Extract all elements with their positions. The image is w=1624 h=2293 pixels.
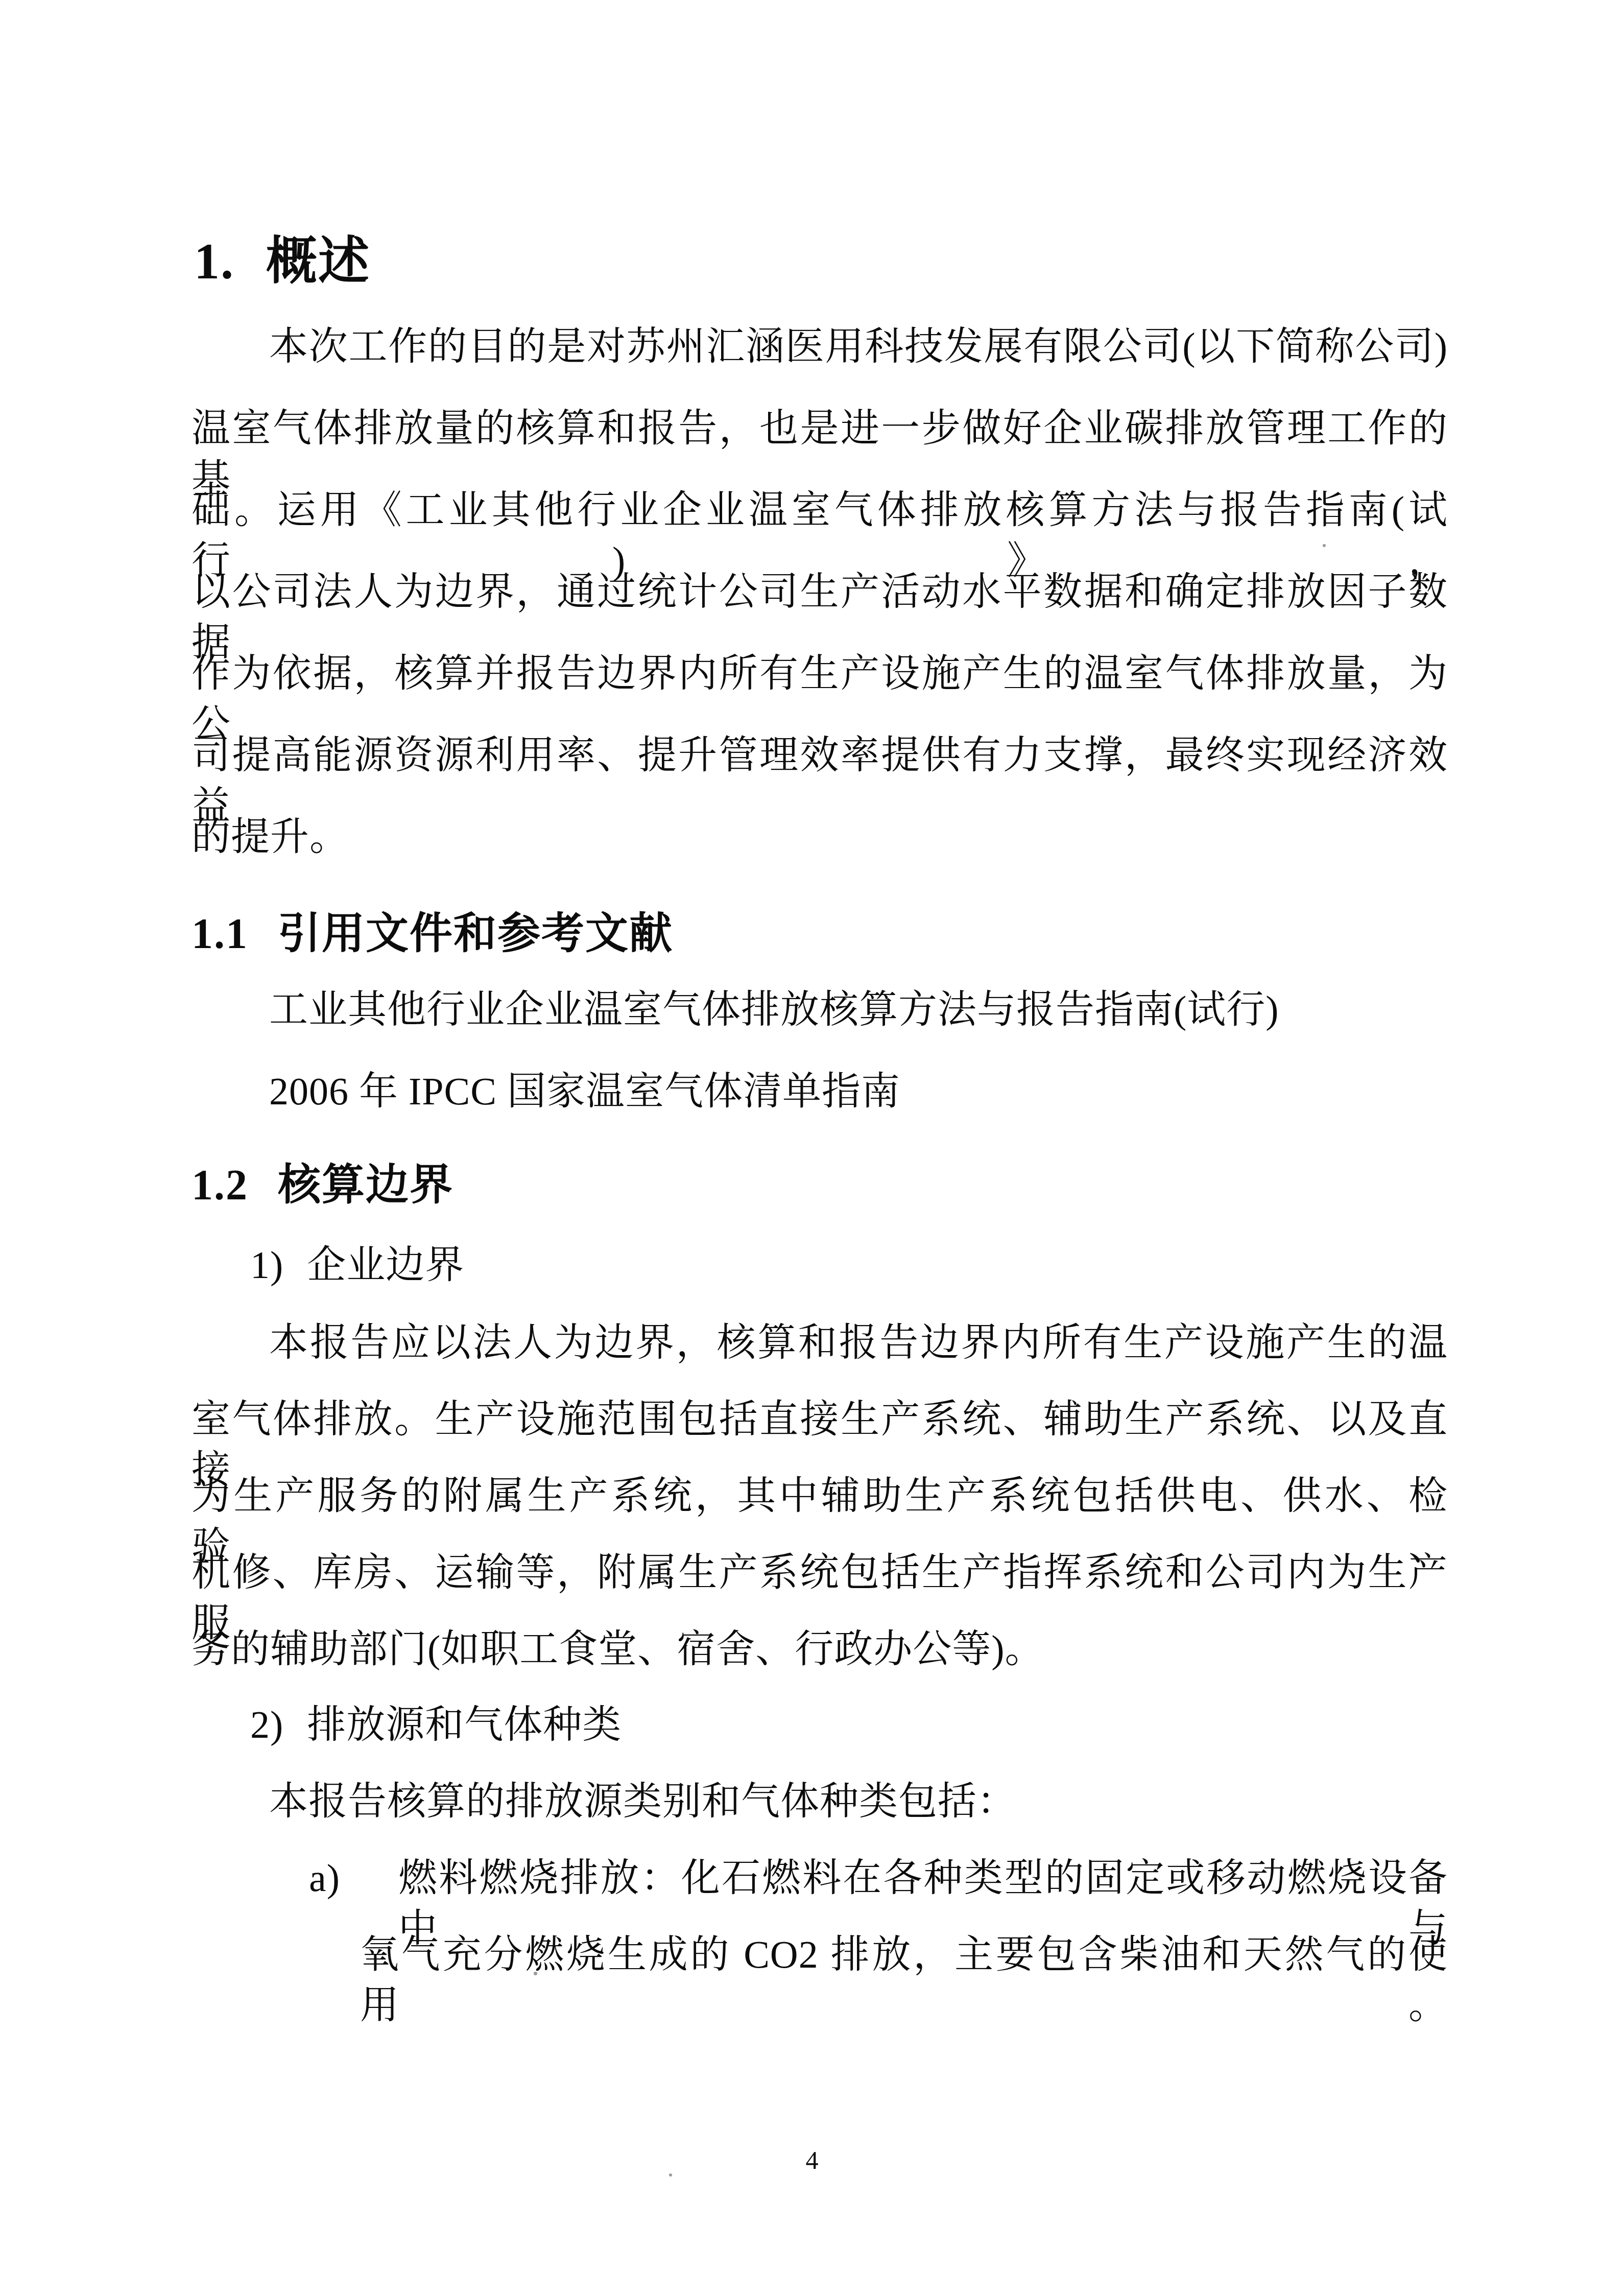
chapter-title: 概述 xyxy=(266,233,370,290)
body-line: 本报告核算的排放源类别和气体种类包括： xyxy=(269,1777,1016,1827)
page-number: 4 xyxy=(0,2145,1624,2175)
body-line: 本报告应以法人为边界，核算和报告边界内所有生产设施产生的温 xyxy=(269,1318,1448,1368)
section-1-1-number: 1.1 xyxy=(192,909,248,959)
intro-paragraph-line: 的提升。 xyxy=(192,812,349,863)
chapter-number: 1. xyxy=(194,232,234,291)
sub-item-a-line: 氧气充分燃烧生成的 CO2 排放，主要包含柴油和天然气的使用。 xyxy=(360,1930,1448,2031)
list-item-2: 2)排放源和气体种类 xyxy=(250,1700,622,1751)
reference-line: 2006 年 IPCC 国家温室气体清单指南 xyxy=(269,1067,900,1117)
intro-paragraph-line: 司提高能源资源利用率、提升管理效率提供有力支撑，最终实现经济效益 xyxy=(192,730,1448,832)
list-item-1-title: 企业边界 xyxy=(307,1244,464,1287)
chapter-heading: 1.概述 xyxy=(194,220,370,293)
section-1-2-title: 核算边界 xyxy=(278,1162,453,1209)
list-item-2-title: 排放源和气体种类 xyxy=(307,1704,622,1746)
scan-speck xyxy=(1323,544,1326,547)
document-page: 1.概述 本次工作的目的是对苏州汇涵医用科技发展有限公司(以下简称公司) 温室气… xyxy=(0,0,1624,2293)
section-1-2-heading: 1.2核算边界 xyxy=(192,1150,453,1212)
scan-speck xyxy=(669,2173,672,2177)
section-1-2-number: 1.2 xyxy=(192,1161,248,1210)
body-line: 务的辅助部门(如职工食堂、宿舍、行政办公等)。 xyxy=(192,1624,1044,1675)
list-item-1: 1)企业边界 xyxy=(250,1240,464,1291)
reference-line: 工业其他行业企业温室气体排放核算方法与报告指南(试行) xyxy=(269,985,1279,1035)
list-item-1-marker: 1) xyxy=(250,1240,283,1291)
section-1-1-title: 引用文件和参考文献 xyxy=(278,910,673,958)
intro-paragraph-line: 本次工作的目的是对苏州汇涵医用科技发展有限公司(以下简称公司) xyxy=(269,322,1448,372)
list-item-2-marker: 2) xyxy=(250,1700,283,1751)
sub-item-a-marker: a) xyxy=(309,1853,340,1904)
section-1-1-heading: 1.1引用文件和参考文献 xyxy=(192,899,673,961)
scan-speck xyxy=(534,1972,537,1975)
